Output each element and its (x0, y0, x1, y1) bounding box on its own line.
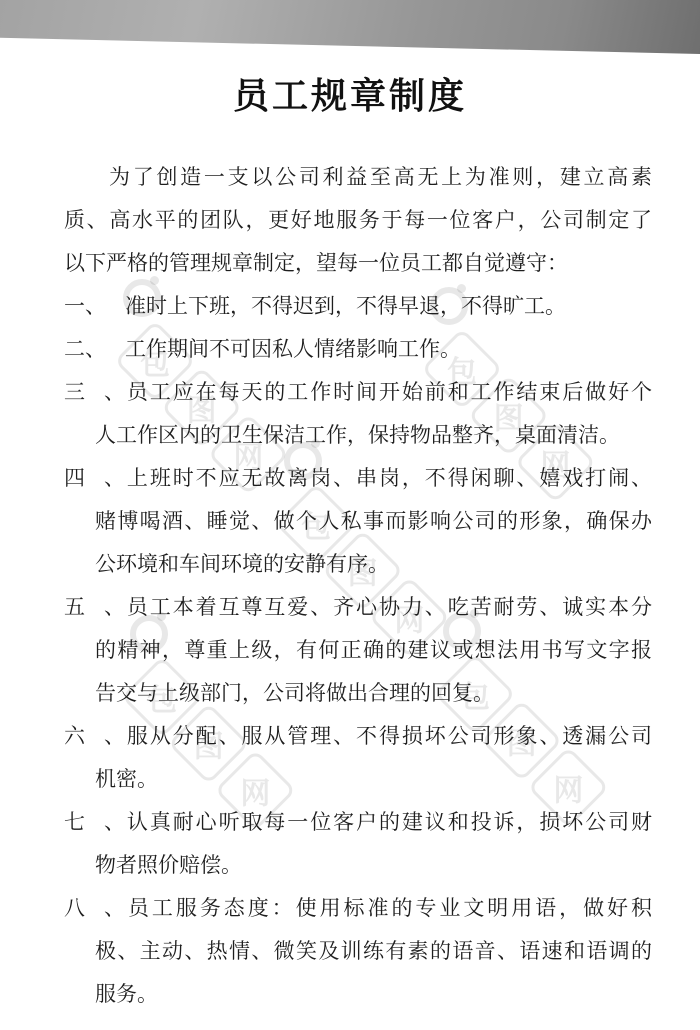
rule-line: 六、服从分配、服从管理、不得损坏公司形象、透漏公司 (64, 715, 652, 758)
rule-line: 物者照价赔偿。 (64, 844, 652, 887)
rule-text: 员工应在每天的工作时间开始前和工作结束后做好个 (125, 381, 652, 404)
rule-text: 员工服务态度：使用标准的专业文明用语，做好积 (125, 897, 652, 920)
rule-item-8: 八、员工服务态度：使用标准的专业文明用语，做好积 极、主动、热情、微笑及训练有素… (64, 887, 652, 1016)
rule-line: 五、员工本着互尊互爱、齐心协力、吃苦耐劳、诚实本分 (64, 586, 652, 629)
rule-line: 一、准时上下班，不得迟到，不得早退，不得旷工。 (64, 285, 652, 328)
intro-line: 以下严格的管理规章制定，望每一位员工都自觉遵守： (64, 242, 652, 285)
rule-line: 机密。 (64, 758, 652, 801)
rule-item-2: 二、工作期间不可因私人情绪影响工作。 (64, 328, 652, 371)
rule-line: 公环境和车间环境的安静有序。 (64, 543, 652, 586)
rule-number: 七、 (64, 801, 125, 844)
rule-line: 告交与上级部门，公司将做出合理的回复。 (64, 672, 652, 715)
rule-text: 认真耐心听取每一位客户的建议和投诉，损坏公司财 (125, 811, 652, 834)
rule-item-6: 六、服从分配、服从管理、不得损坏公司形象、透漏公司 机密。 (64, 715, 652, 801)
rule-number: 一、 (64, 285, 125, 328)
rule-text: 准时上下班，不得迟到，不得早退，不得旷工。 (125, 295, 566, 318)
rule-number: 二、 (64, 328, 125, 371)
rule-item-5: 五、员工本着互尊互爱、齐心协力、吃苦耐劳、诚实本分 的精神，尊重上级，有何正确的… (64, 586, 652, 715)
rule-number: 八、 (64, 887, 125, 930)
rule-number: 六、 (64, 715, 125, 758)
rule-text: 员工本着互尊互爱、齐心协力、吃苦耐劳、诚实本分 (125, 596, 652, 619)
rule-line: 极、主动、热情、微笑及训练有素的语音、语速和语调的 (64, 930, 652, 973)
rule-line: 服务。 (64, 973, 652, 1016)
document-title: 员工规章制度 (0, 68, 700, 119)
rule-item-3: 三、员工应在每天的工作时间开始前和工作结束后做好个 人工作区内的卫生保洁工作，保… (64, 371, 652, 457)
rule-line: 的精神，尊重上级，有何正确的建议或想法用书写文字报 (64, 629, 652, 672)
rule-number: 五、 (64, 586, 125, 629)
rule-line: 八、员工服务态度：使用标准的专业文明用语，做好积 (64, 887, 652, 930)
rule-text: 上班时不应无故离岗、串岗，不得闲聊、嬉戏打闹、 (125, 467, 652, 490)
rule-line: 七、认真耐心听取每一位客户的建议和投诉，损坏公司财 (64, 801, 652, 844)
document-page: 员工规章制度 为了创造一支以公司利益至高无上为准则，建立高素 质、高水平的团队，… (0, 0, 700, 1030)
rule-line: 三、员工应在每天的工作时间开始前和工作结束后做好个 (64, 371, 652, 414)
rule-line: 赌博喝酒、睡觉、做个人私事而影响公司的形象，确保办 (64, 500, 652, 543)
rule-text: 服从分配、服从管理、不得损坏公司形象、透漏公司 (125, 725, 652, 748)
rule-line: 二、工作期间不可因私人情绪影响工作。 (64, 328, 652, 371)
rule-number: 四、 (64, 457, 125, 500)
rule-item-1: 一、准时上下班，不得迟到，不得早退，不得旷工。 (64, 285, 652, 328)
rule-line: 四、上班时不应无故离岗、串岗，不得闲聊、嬉戏打闹、 (64, 457, 652, 500)
document-body: 为了创造一支以公司利益至高无上为准则，建立高素 质、高水平的团队，更好地服务于每… (0, 156, 700, 1016)
rule-text: 工作期间不可因私人情绪影响工作。 (125, 338, 461, 361)
rule-line: 人工作区内的卫生保洁工作，保持物品整齐，桌面清洁。 (64, 414, 652, 457)
rule-item-4: 四、上班时不应无故离岗、串岗，不得闲聊、嬉戏打闹、 赌博喝酒、睡觉、做个人私事而… (64, 457, 652, 586)
intro-line: 质、高水平的团队，更好地服务于每一位客户，公司制定了 (64, 199, 652, 242)
intro-line: 为了创造一支以公司利益至高无上为准则，建立高素 (64, 156, 652, 199)
rule-item-7: 七、认真耐心听取每一位客户的建议和投诉，损坏公司财 物者照价赔偿。 (64, 801, 652, 887)
intro-paragraph: 为了创造一支以公司利益至高无上为准则，建立高素 质、高水平的团队，更好地服务于每… (64, 156, 652, 285)
rule-number: 三、 (64, 371, 125, 414)
